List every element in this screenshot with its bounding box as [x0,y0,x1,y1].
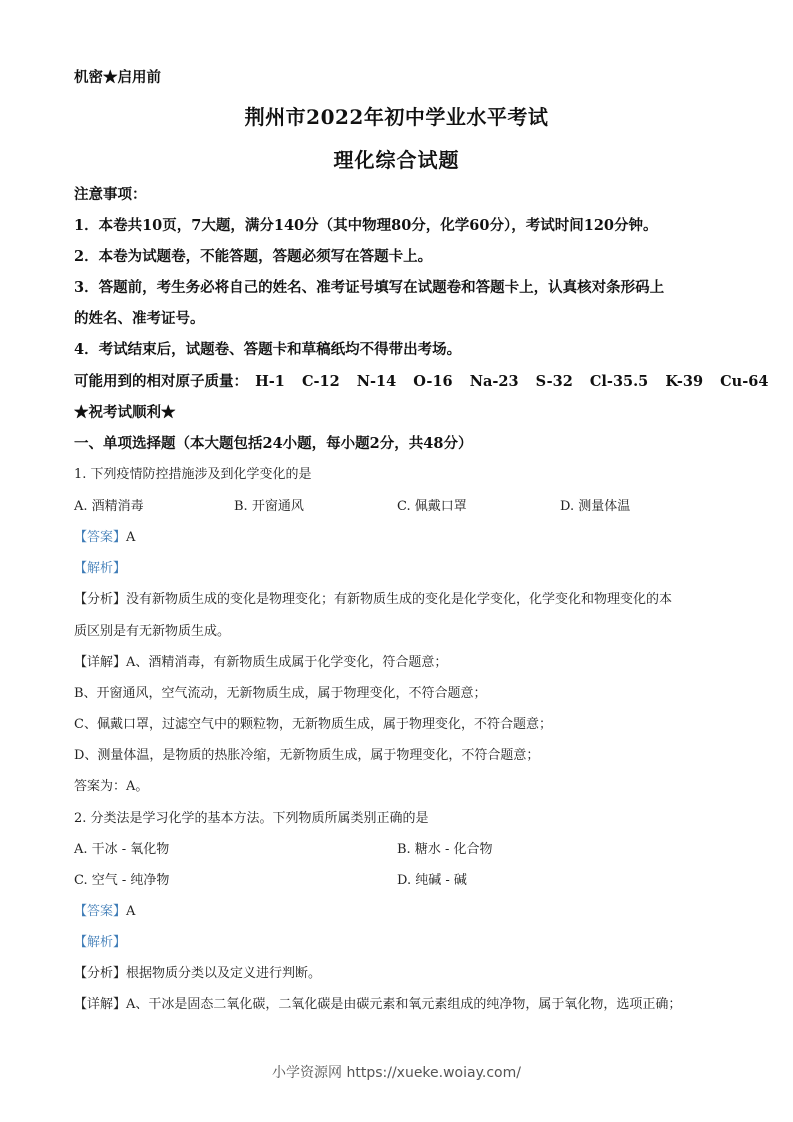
answer-line: 【答案】A [74,526,135,545]
answer-label: 【答案】 [74,904,126,919]
question-stem: 1. 下列疫情防控措施涉及到化学变化的是 [74,463,312,482]
detail-text: C、佩戴口罩，过滤空气中的颗粒物，无新物质生成，属于物理变化，不符合题意； [74,713,552,732]
atomic-mass: Cu-64 [720,373,768,390]
fenxi-line: 【分析】根据物质分类以及定义进行判断。 [74,962,321,981]
fenxi-label: 【分析】 [74,592,126,607]
analysis-label: 【解析】 [74,935,126,950]
fenxi-label: 【分析】 [74,966,126,981]
note-item: 3．答题前，考生务必将自己的姓名、准考证号填写在试题卷和答题卡上，认真核对条形码… [74,276,664,297]
atomic-mass: N-14 [357,373,396,390]
exam-title: 荆州市2022年初中学业水平考试 [0,101,793,130]
good-luck: ★祝考试顺利★ [74,401,176,422]
exam-subtitle: 理化综合试题 [0,144,793,173]
atomic-mass: Cl-35.5 [590,373,648,390]
detail-text: A、干冰是固态二氧化碳，二氧化碳是由碳元素和氧元素组成的纯净物，属于氧化物，选项… [126,997,681,1012]
note-item: 4．考试结束后，试题卷、答题卡和草稿纸均不得带出考场。 [74,338,461,359]
option-c: C. 空气 - 纯净物 [74,869,169,888]
atomic-mass: C-12 [302,373,340,390]
answer-label: 【答案】 [74,530,126,545]
notes-heading: 注意事项： [74,183,147,204]
option-a: A. 酒精消毒 [74,495,144,514]
fenxi-text: 根据物质分类以及定义进行判断。 [126,966,321,981]
option-d: D. 测量体温 [560,495,630,514]
detail-text: A、酒精消毒，有新物质生成属于化学变化，符合题意； [126,655,447,670]
atomic-mass-label: 可能用到的相对原子质量： [74,373,248,390]
fenxi-text: 没有新物质生成的变化是物理变化；有新物质生成的变化是化学变化，化学变化和物理变化… [126,592,672,607]
answer-line: 【答案】A [74,900,135,919]
detail-text: D、测量体温，是物质的热胀冷缩，无新物质生成，属于物理变化，不符合题意； [74,744,539,763]
atomic-mass-line: 可能用到的相对原子质量： H-1 C-12 N-14 O-16 Na-23 S-… [74,370,780,391]
atomic-mass: Na-23 [470,373,519,390]
atomic-mass: H-1 [255,373,285,390]
question-stem: 2. 分类法是学习化学的基本方法。下列物质所属类别正确的是 [74,807,429,826]
analysis-heading: 【解析】 [74,931,126,950]
fenxi-text: 质区别是有无新物质生成。 [74,620,230,639]
detail-label: 【详解】 [74,997,126,1012]
answer-value: A [126,904,135,919]
detail-label: 【详解】 [74,655,126,670]
note-item: 1．本卷共10页，7大题，满分140分（其中物理80分，化学60分），考试时间1… [74,214,658,235]
answer-value: A [126,530,135,545]
detail-line: 【详解】A、酒精消毒，有新物质生成属于化学变化，符合题意； [74,651,447,670]
analysis-heading: 【解析】 [74,557,126,576]
atomic-mass: K-39 [665,373,703,390]
note-item: 的姓名、准考证号。 [74,307,205,328]
atomic-mass: O-16 [413,373,452,390]
option-a: A. 干冰 - 氧化物 [74,838,169,857]
section-title: 一、单项选择题（本大题包括24小题，每小题2分，共48分） [74,432,472,453]
atomic-mass: S-32 [536,373,573,390]
detail-text: 答案为：A。 [74,775,148,794]
fenxi-line: 【分析】没有新物质生成的变化是物理变化；有新物质生成的变化是化学变化，化学变化和… [74,588,672,607]
option-d: D. 纯碱 - 碱 [397,869,467,888]
document-page: 机密★启用前 荆州市2022年初中学业水平考试 理化综合试题 注意事项： 1．本… [0,0,793,1122]
analysis-label: 【解析】 [74,561,126,576]
detail-line: 【详解】A、干冰是固态二氧化碳，二氧化碳是由碳元素和氧元素组成的纯净物，属于氧化… [74,993,681,1012]
note-item: 2．本卷为试题卷，不能答题，答题必须写在答题卡上。 [74,245,432,266]
detail-text: B、开窗通风，空气流动，无新物质生成，属于物理变化，不符合题意； [74,682,487,701]
option-b: B. 糖水 - 化合物 [397,838,492,857]
confidential-mark: 机密★启用前 [74,66,161,87]
option-c: C. 佩戴口罩 [397,495,467,514]
option-b: B. 开窗通风 [234,495,304,514]
footer-watermark: 小学资源网 https://xueke.woiay.com/ [0,1062,793,1082]
